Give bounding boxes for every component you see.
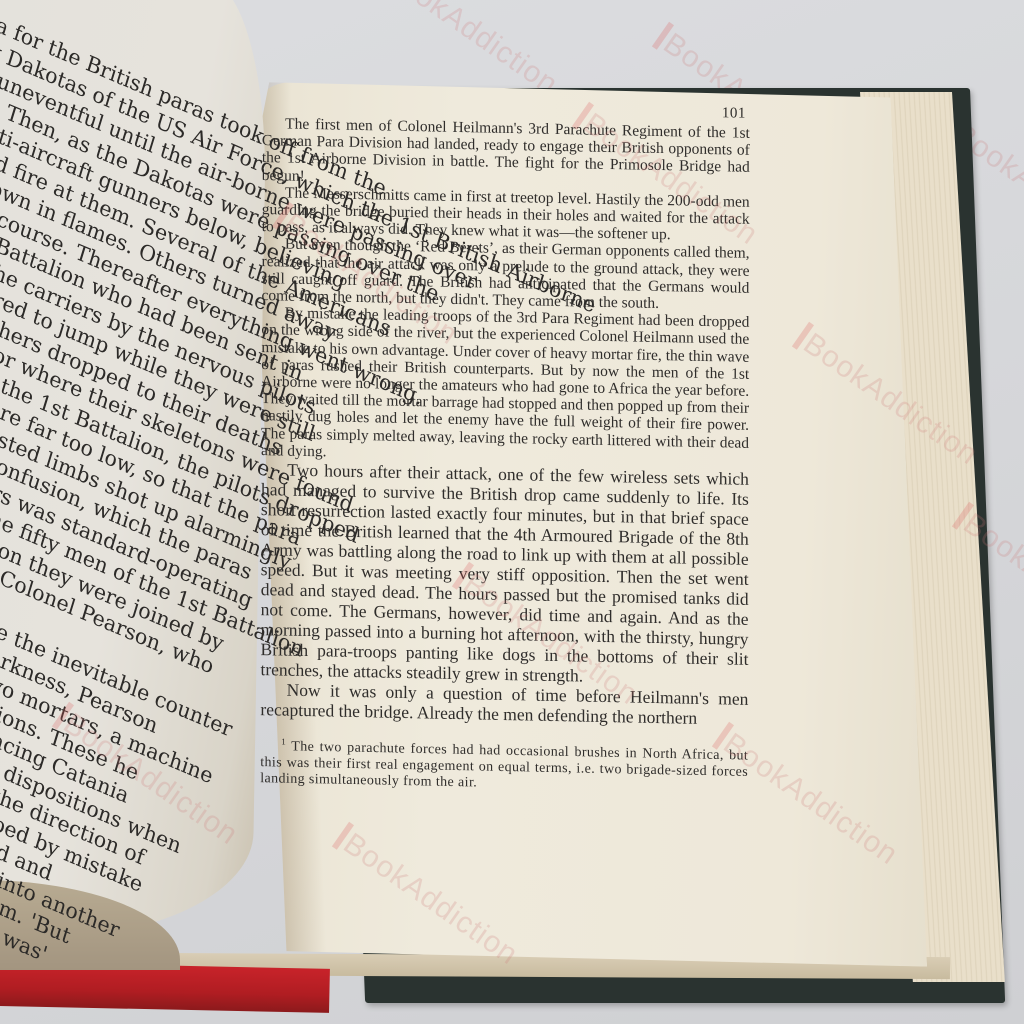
footnote-text: The two parachute forces had had occasio… xyxy=(260,739,748,790)
book-photo-scene: BookAddiction BookAddiction BookAddictio… xyxy=(0,0,1024,1024)
paragraph: But even though the ‘Red Berets’, as the… xyxy=(261,235,749,314)
paragraph: Now it was only a question of time befor… xyxy=(260,679,748,729)
right-page-text: 101 The first men of Colonel Heilmann's … xyxy=(260,96,750,797)
footnote-marker: 1 xyxy=(281,737,286,747)
paragraph: By mistake the leading troops of the 3rd… xyxy=(261,304,749,469)
paragraph: The first men of Colonel Heilmann's 3rd … xyxy=(262,115,750,194)
watermark-bar xyxy=(652,22,674,50)
paragraph: Two hours after their attack, one of the… xyxy=(260,459,748,689)
footnote: 1 The two parachute forces had had occas… xyxy=(260,733,748,796)
